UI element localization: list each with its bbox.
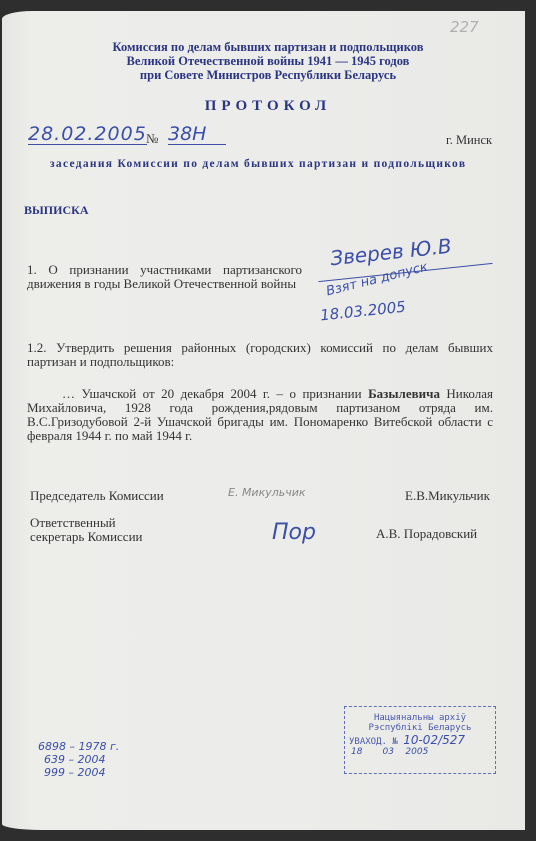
note-3: 999 – 2004 (44, 766, 119, 779)
stamp-line-2: Рэспублікі Беларусь (345, 723, 495, 733)
stamp-incoming-number: 10-02/527 (403, 733, 465, 747)
secretary-role: Ответственный секретарь Комиссии (30, 516, 170, 544)
item-1: 1. О признании участниками партизанского… (27, 263, 302, 291)
protocol-date: 28.02.2005 (28, 124, 147, 145)
header-line-3: при Совете Министров Республики Беларусь (0, 68, 536, 82)
stamp-line-1: Нацыянальны архіў (345, 713, 495, 723)
header-line-2: Великой Отечественной войны 1941 — 1945 … (0, 54, 536, 68)
handwritten-notes: 6898 – 1978 г. 639 – 2004 999 – 2004 (38, 740, 119, 779)
number-label: № (146, 131, 158, 147)
note-2: 639 – 2004 (44, 753, 119, 766)
header-line-1: Комиссия по делам бывших партизан и подп… (0, 40, 536, 54)
chair-role: Председатель Комиссии (30, 488, 164, 504)
detail-prefix: … Ушачской от 20 декабря 2004 г. – о при… (62, 386, 368, 401)
stamp-month: 03 (382, 747, 393, 757)
chair-signature: Е. Микульчик (228, 486, 306, 499)
protocol-number: 38Н (168, 124, 226, 145)
city: г. Минск (446, 133, 492, 148)
item-1-2-detail: … Ушачской от 20 декабря 2004 г. – о при… (27, 387, 493, 443)
extract-label: ВЫПИСКА (24, 203, 89, 218)
item-1-2: 1.2. Утвердить решения районных (городск… (27, 341, 493, 369)
note-1: 6898 – 1978 г. (38, 740, 119, 753)
secretary-signature: Пор (272, 520, 316, 545)
stamp-year: 2005 (405, 747, 428, 757)
session-line: заседания Комиссии по делам бывших парти… (50, 158, 466, 170)
secretary-name: А.В. Порадовский (376, 526, 477, 542)
stamp-day: 18 (351, 747, 362, 757)
document-title: ПРОТОКОЛ (0, 98, 536, 115)
chair-name: Е.В.Микульчик (405, 488, 490, 504)
page-number: 227 (450, 18, 479, 36)
archive-stamp: Нацыянальны архіў Рэспублікі Беларусь УВ… (344, 706, 496, 774)
stamp-incoming-label: УВАХОД. № (349, 737, 398, 747)
detail-surname: Базылевича (368, 386, 440, 401)
